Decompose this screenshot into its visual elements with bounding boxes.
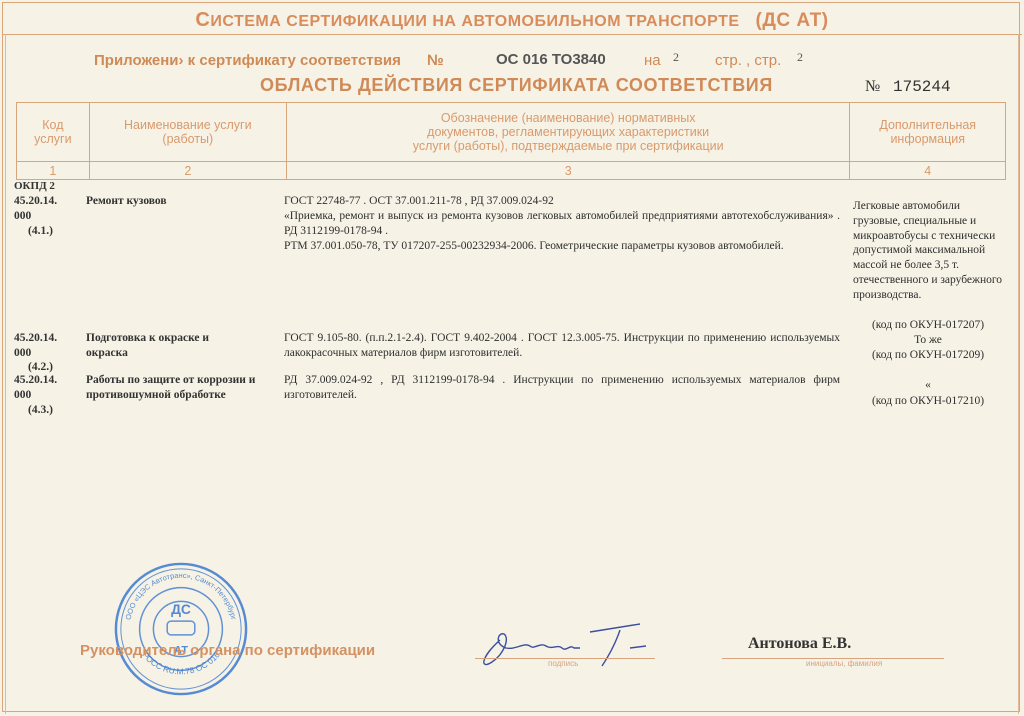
table-row-code: 45.20.14. 000 (4.1.)	[14, 194, 84, 239]
col-header-service: Наименование услуги(работы)	[89, 103, 286, 162]
form-number-label: №	[865, 78, 880, 96]
total-pages: 2	[673, 50, 679, 65]
table-row-service: Ремонт кузовов	[86, 194, 276, 209]
system-title-text: ИСТЕМА СЕРТИФИКАЦИИ НА АВТОМОБИЛЬНОМ ТРА…	[210, 13, 739, 30]
system-abbr: (ДС АТ)	[756, 10, 829, 31]
pages-label: стр. , стр.	[715, 52, 781, 69]
number-sign: №	[427, 52, 444, 69]
okun-code: (код по ОКУН-017210)	[853, 394, 1003, 409]
certificate-number: ОС 016 ТО3840	[496, 51, 606, 68]
head-of-certification-body-label: Руководитель органа по сертификации	[80, 642, 375, 659]
on-label: на	[644, 52, 661, 69]
okun-code: (код по ОКУН-017207)	[853, 318, 1003, 333]
classifier-label: ОКПД 2	[14, 180, 55, 192]
table-row-documents: ГОСТ 9.105-80. (п.п.2.1-2.4). ГОСТ 9.402…	[284, 331, 840, 361]
table-row-service: Подготовка к окраске и окраска	[86, 331, 246, 361]
svg-text:ДС: ДС	[171, 602, 191, 617]
col-header-code: Кодуслуги	[17, 103, 90, 162]
col-index-2: 2	[89, 162, 286, 180]
form-number: 175244	[893, 78, 951, 96]
table-header: Кодуслуги Наименование услуги(работы) Об…	[16, 102, 1006, 180]
table-row-documents: ГОСТ 22748-77 . ОСТ 37.001.211-78 , РД 3…	[284, 194, 840, 254]
okun-code: (код по ОКУН-017209)	[853, 348, 1003, 363]
name-caption: инициалы, фамилия	[806, 659, 882, 668]
table-row-code: 45.20.14. 000 (4.2.)	[14, 331, 84, 374]
col-index-3: 3	[286, 162, 850, 180]
inner-border-right	[1018, 34, 1019, 714]
stamp-seal-icon: ДС АТ ООО «ЦЭС Автотранс», Санкт-Петербу…	[112, 560, 250, 698]
table-row-documents: РД 37.009.024-92 , РД 3112199-0178-94 . …	[284, 373, 840, 403]
table-row-additional: То же	[853, 333, 1003, 348]
table-row-service: Работы по защите от коррозии и противошу…	[86, 373, 276, 403]
signer-name: Антонова Е.В.	[748, 635, 851, 653]
col-index-4: 4	[850, 162, 1006, 180]
inner-border-left	[5, 34, 6, 714]
col-header-documents: Обозначение (наименование) нормативныхдо…	[286, 103, 850, 162]
table-row-code: 45.20.14. 000 (4.3.)	[14, 373, 84, 418]
signature-caption: подпись	[548, 659, 578, 668]
col-index-1: 1	[17, 162, 90, 180]
table-row-additional: Легковые автомобили грузовые, специальны…	[853, 199, 1003, 303]
system-title-initial: С	[195, 9, 210, 31]
annex-label: Приложени› к сертификату соответствия	[94, 52, 401, 69]
header-divider	[2, 34, 1022, 35]
col-header-additional: Дополнительнаяинформация	[850, 103, 1006, 162]
system-title: СИСТЕМА СЕРТИФИКАЦИИ НА АВТОМОБИЛЬНОМ ТР…	[0, 9, 1024, 32]
current-page: 2	[797, 50, 803, 65]
table-row-additional: «	[853, 378, 1003, 393]
scope-title: ОБЛАСТЬ ДЕЙСТВИЯ СЕРТИФИКАТА СООТВЕТСТВИ…	[260, 75, 773, 96]
